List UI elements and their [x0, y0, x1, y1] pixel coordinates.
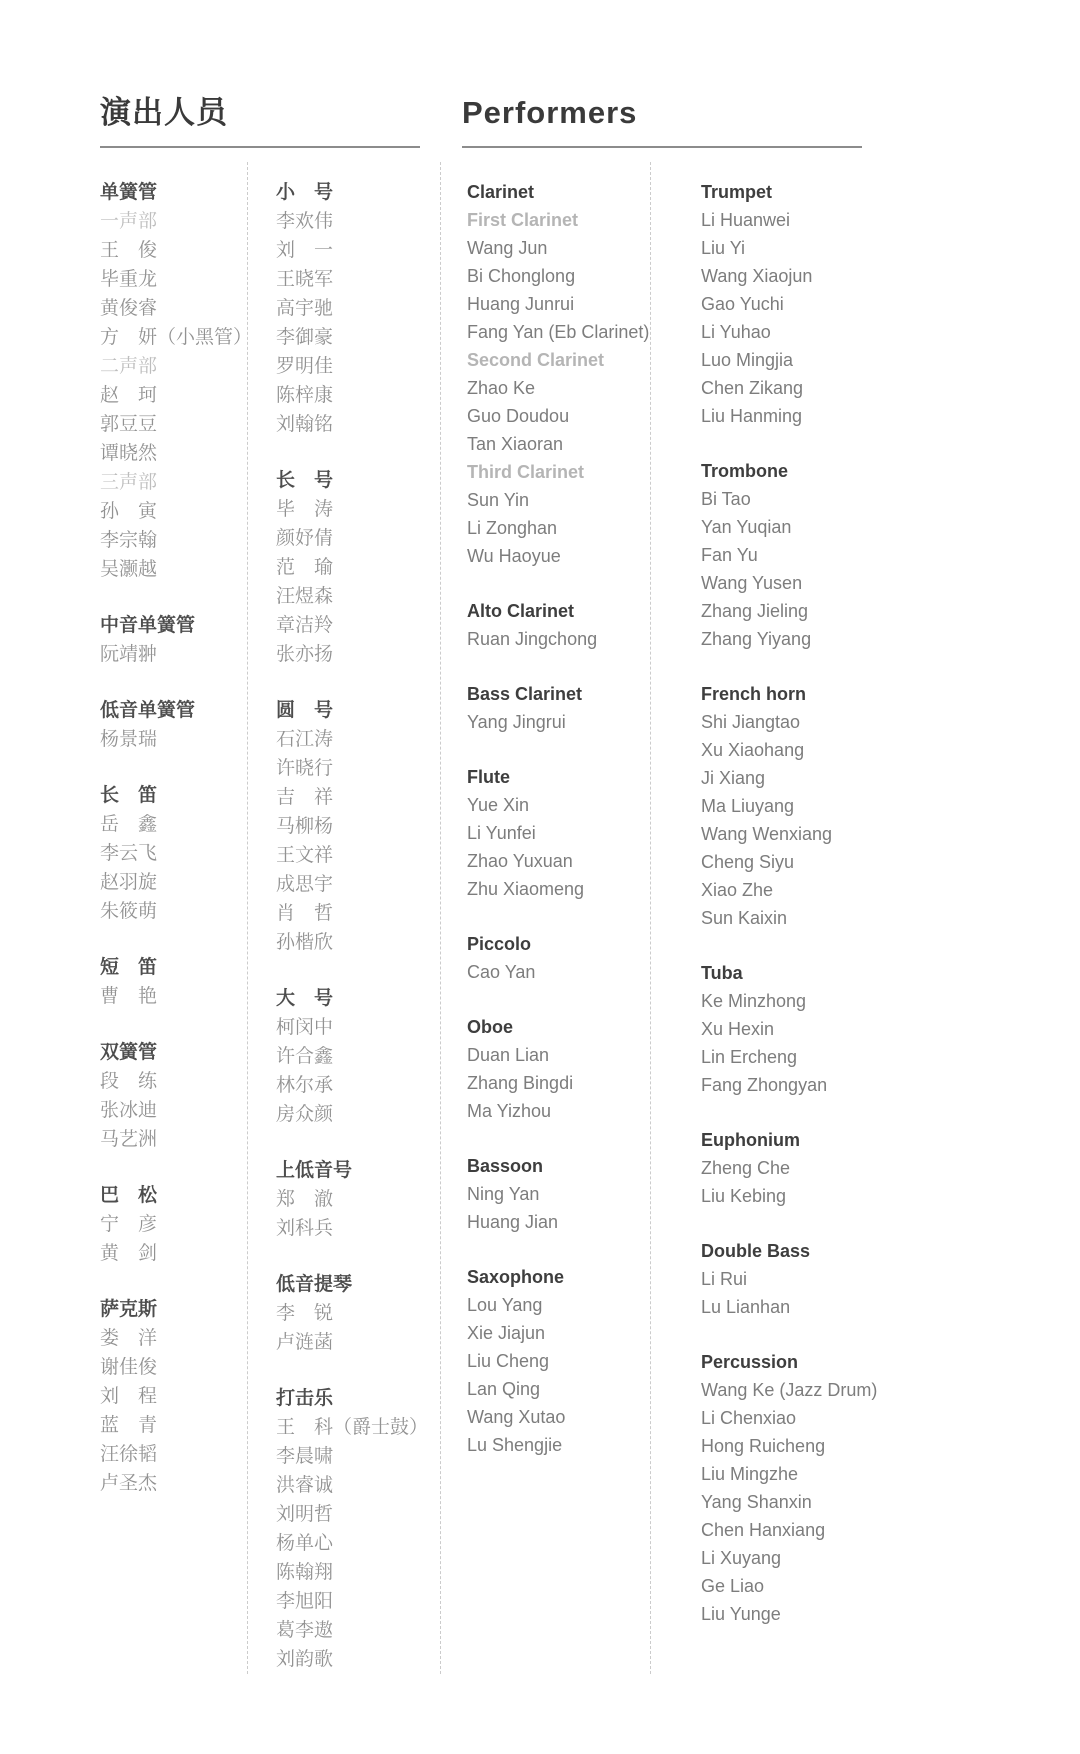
performer-name: 房众颜 — [276, 1100, 440, 1129]
performer-name: 谢佳俊 — [100, 1353, 247, 1382]
instrument-header: 长 号 — [276, 466, 440, 495]
performer-name: Xu Xiaohang — [701, 736, 982, 764]
performer-name: 宁 彦 — [100, 1210, 247, 1239]
instrument-header: Piccolo — [467, 930, 650, 958]
instrument-header: 巴 松 — [100, 1181, 247, 1210]
instrument-section: 长 笛岳 鑫李云飞赵羽旋朱筱萌 — [100, 781, 247, 926]
performer-name: 张亦扬 — [276, 640, 440, 669]
performer-name: Zhu Xiaomeng — [467, 875, 650, 903]
performer-name: Zhao Ke — [467, 374, 650, 402]
instrument-section: 巴 松宁 彦黄 剑 — [100, 1181, 247, 1268]
performer-name: Sun Yin — [467, 486, 650, 514]
performer-name: Bi Tao — [701, 485, 982, 513]
performer-name: Yang Jingrui — [467, 708, 650, 736]
instrument-section: 大 号柯闵中许合鑫林尔承房众颜 — [276, 984, 440, 1129]
instrument-header: 打击乐 — [276, 1384, 440, 1413]
instrument-section: TubaKe MinzhongXu HexinLin ErchengFang Z… — [701, 959, 982, 1099]
performer-name: 赵羽旋 — [100, 868, 247, 897]
program-page: 演出人员 Performers 单簧管一声部王 俊毕重龙黄俊睿方 妍（小黑管）二… — [0, 0, 1080, 1754]
performer-name: 曹 艳 — [100, 982, 247, 1011]
performer-name: 肖 哲 — [276, 899, 440, 928]
performer-name: 刘 一 — [276, 236, 440, 265]
instrument-section: 短 笛曹 艳 — [100, 953, 247, 1011]
instrument-header: Percussion — [701, 1348, 982, 1376]
performer-name: 罗明佳 — [276, 352, 440, 381]
performer-name: Zhang Jieling — [701, 597, 982, 625]
instrument-header: Trumpet — [701, 178, 982, 206]
performer-name: 孙楷欣 — [276, 928, 440, 957]
performer-name: 岳 鑫 — [100, 810, 247, 839]
performer-name: Lou Yang — [467, 1291, 650, 1319]
instrument-header: Bassoon — [467, 1152, 650, 1180]
performer-name: 陈梓康 — [276, 381, 440, 410]
performer-name: 马柳杨 — [276, 812, 440, 841]
instrument-header: Flute — [467, 763, 650, 791]
instrument-section: Alto ClarinetRuan Jingchong — [467, 597, 650, 653]
performer-name: Ji Xiang — [701, 764, 982, 792]
instrument-section: 打击乐王 科（爵士鼓）李晨啸洪睿诚刘明哲杨单心陈翰翔李旭阳葛李遨刘韵歌 — [276, 1384, 440, 1674]
performer-name: 赵 珂 — [100, 381, 247, 410]
performer-name: 王 科（爵士鼓） — [276, 1413, 440, 1442]
performer-name: Shi Jiangtao — [701, 708, 982, 736]
performer-name: Lu Lianhan — [701, 1293, 982, 1321]
performer-name: Luo Mingjia — [701, 346, 982, 374]
performer-name: Ruan Jingchong — [467, 625, 650, 653]
performer-name: Xiao Zhe — [701, 876, 982, 904]
performer-name: 范 瑜 — [276, 553, 440, 582]
instrument-header: 长 笛 — [100, 781, 247, 810]
instrument-section: OboeDuan LianZhang BingdiMa Yizhou — [467, 1013, 650, 1125]
performer-name: Duan Lian — [467, 1041, 650, 1069]
performer-name: Li Huanwei — [701, 206, 982, 234]
instrument-section: 长 号毕 涛颜妤倩范 瑜汪煜森章洁羚张亦扬 — [276, 466, 440, 669]
instrument-header: French horn — [701, 680, 982, 708]
performer-name: 高宇驰 — [276, 294, 440, 323]
performer-name: 石江涛 — [276, 725, 440, 754]
instrument-section: 中音单簧管阮靖翀 — [100, 611, 247, 669]
performer-name: Wang Yusen — [701, 569, 982, 597]
performer-name: Li Zonghan — [467, 514, 650, 542]
part-label: Third Clarinet — [467, 458, 650, 486]
instrument-section: PercussionWang Ke (Jazz Drum)Li Chenxiao… — [701, 1348, 982, 1628]
performer-name: Fan Yu — [701, 541, 982, 569]
instrument-header: 双簧管 — [100, 1038, 247, 1067]
instrument-header: Alto Clarinet — [467, 597, 650, 625]
performer-name: 汪徐韬 — [100, 1440, 247, 1469]
performer-name: Liu Kebing — [701, 1182, 982, 1210]
performer-name: 李宗翰 — [100, 526, 247, 555]
instrument-section: Bass ClarinetYang Jingrui — [467, 680, 650, 736]
performer-name: 葛李遨 — [276, 1616, 440, 1645]
performer-name: Yue Xin — [467, 791, 650, 819]
performer-name: 杨景瑞 — [100, 725, 247, 754]
performer-name: 黄俊睿 — [100, 294, 247, 323]
performer-name: 李晨啸 — [276, 1442, 440, 1471]
instrument-section: French hornShi JiangtaoXu XiaohangJi Xia… — [701, 680, 982, 932]
performer-name: 刘翰铭 — [276, 410, 440, 439]
performer-name: Xie Jiajun — [467, 1319, 650, 1347]
performer-name: 汪煜森 — [276, 582, 440, 611]
page-title-english: Performers — [462, 96, 862, 130]
performer-name: Zheng Che — [701, 1154, 982, 1182]
performer-name: Hong Ruicheng — [701, 1432, 982, 1460]
performer-name: 陈翰翔 — [276, 1558, 440, 1587]
performer-name: 刘韵歌 — [276, 1645, 440, 1674]
performer-name: 李 锐 — [276, 1299, 440, 1328]
instrument-section: 小 号李欢伟刘 一王晓军高宇驰李御豪罗明佳陈梓康刘翰铭 — [276, 178, 440, 439]
performer-name: Li Yuhao — [701, 318, 982, 346]
instrument-header: 小 号 — [276, 178, 440, 207]
performer-name: Liu Hanming — [701, 402, 982, 430]
instrument-section: 圆 号石江涛许晓行吉 祥马柳杨王文祥成思宇肖 哲孙楷欣 — [276, 696, 440, 957]
instrument-section: EuphoniumZheng CheLiu Kebing — [701, 1126, 982, 1210]
performer-name: 王 俊 — [100, 236, 247, 265]
performer-name: Ke Minzhong — [701, 987, 982, 1015]
performer-name: 张冰迪 — [100, 1096, 247, 1125]
performer-name: Zhang Bingdi — [467, 1069, 650, 1097]
performer-name: 马艺洲 — [100, 1125, 247, 1154]
performer-columns: 单簧管一声部王 俊毕重龙黄俊睿方 妍（小黑管）二声部赵 珂郭豆豆谭晓然三声部孙 … — [100, 162, 1080, 1674]
performer-name: Huang Jian — [467, 1208, 650, 1236]
performer-name: Yan Yuqian — [701, 513, 982, 541]
performer-name: Liu Mingzhe — [701, 1460, 982, 1488]
instrument-section: 上低音号郑 澈刘科兵 — [276, 1156, 440, 1243]
instrument-header: 低音提琴 — [276, 1270, 440, 1299]
performer-name: Li Chenxiao — [701, 1404, 982, 1432]
performer-name: 蓝 青 — [100, 1411, 247, 1440]
performer-name: 李云飞 — [100, 839, 247, 868]
performer-name: Wang Xutao — [467, 1403, 650, 1431]
instrument-section: Double BassLi RuiLu Lianhan — [701, 1237, 982, 1321]
performer-name: 娄 洋 — [100, 1324, 247, 1353]
instrument-section: 双簧管段 练张冰迪马艺洲 — [100, 1038, 247, 1154]
column-woodwinds-chinese: 单簧管一声部王 俊毕重龙黄俊睿方 妍（小黑管）二声部赵 珂郭豆豆谭晓然三声部孙 … — [100, 162, 247, 1674]
performer-name: Sun Kaixin — [701, 904, 982, 932]
performer-name: 章洁羚 — [276, 611, 440, 640]
instrument-header: 中音单簧管 — [100, 611, 247, 640]
performer-name: 谭晓然 — [100, 439, 247, 468]
performer-name: 柯闵中 — [276, 1013, 440, 1042]
performer-name: Ning Yan — [467, 1180, 650, 1208]
performer-name: 许晓行 — [276, 754, 440, 783]
performer-name: 刘科兵 — [276, 1214, 440, 1243]
performer-name: Ma Yizhou — [467, 1097, 650, 1125]
performer-name: 郭豆豆 — [100, 410, 247, 439]
instrument-header: 大 号 — [276, 984, 440, 1013]
part-label: First Clarinet — [467, 206, 650, 234]
instrument-section: ClarinetFirst ClarinetWang JunBi Chonglo… — [467, 178, 650, 570]
performer-name: Huang Junrui — [467, 290, 650, 318]
column-brass-percussion-english: TrumpetLi HuanweiLiu YiWang XiaojunGao Y… — [650, 162, 982, 1674]
performer-name: Gao Yuchi — [701, 290, 982, 318]
instrument-section: SaxophoneLou YangXie JiajunLiu ChengLan … — [467, 1263, 650, 1459]
performer-name: 刘明哲 — [276, 1500, 440, 1529]
instrument-header: Clarinet — [467, 178, 650, 206]
page-header: 演出人员 Performers — [100, 96, 1080, 148]
instrument-section: TromboneBi TaoYan YuqianFan YuWang Yusen… — [701, 457, 982, 653]
instrument-header: Euphonium — [701, 1126, 982, 1154]
performer-name: Zhao Yuxuan — [467, 847, 650, 875]
column-woodwinds-english: ClarinetFirst ClarinetWang JunBi Chonglo… — [440, 162, 650, 1674]
instrument-header: Saxophone — [467, 1263, 650, 1291]
performer-name: 王文祥 — [276, 841, 440, 870]
performer-name: Guo Doudou — [467, 402, 650, 430]
page-title-chinese: 演出人员 — [100, 96, 420, 130]
performer-name: Lu Shengjie — [467, 1431, 650, 1459]
performer-name: 李御豪 — [276, 323, 440, 352]
performer-name: 方 妍（小黑管） — [100, 323, 247, 352]
instrument-header: 单簧管 — [100, 178, 247, 207]
instrument-section: PiccoloCao Yan — [467, 930, 650, 986]
title-block-english: Performers — [462, 96, 862, 148]
performer-name: 李旭阳 — [276, 1587, 440, 1616]
part-label: Second Clarinet — [467, 346, 650, 374]
performer-name: 卢涟菡 — [276, 1328, 440, 1357]
performer-name: 黄 剑 — [100, 1239, 247, 1268]
performer-name: 许合鑫 — [276, 1042, 440, 1071]
performer-name: Ge Liao — [701, 1572, 982, 1600]
instrument-section: 低音提琴李 锐卢涟菡 — [276, 1270, 440, 1357]
performer-name: 杨单心 — [276, 1529, 440, 1558]
performer-name: 吉 祥 — [276, 783, 440, 812]
performer-name: 卢圣杰 — [100, 1469, 247, 1498]
performer-name: Li Rui — [701, 1265, 982, 1293]
performer-name: 王晓军 — [276, 265, 440, 294]
performer-name: Chen Hanxiang — [701, 1516, 982, 1544]
performer-name: Chen Zikang — [701, 374, 982, 402]
performer-name: 段 练 — [100, 1067, 247, 1096]
performer-name: 林尔承 — [276, 1071, 440, 1100]
performer-name: 洪睿诚 — [276, 1471, 440, 1500]
performer-name: Fang Yan (Eb Clarinet) — [467, 318, 650, 346]
title-block-chinese: 演出人员 — [100, 96, 420, 148]
instrument-section: 萨克斯娄 洋谢佳俊刘 程蓝 青汪徐韬卢圣杰 — [100, 1295, 247, 1498]
performer-name: Tan Xiaoran — [467, 430, 650, 458]
instrument-section: BassoonNing YanHuang Jian — [467, 1152, 650, 1236]
performer-name: 吴灏越 — [100, 555, 247, 584]
performer-name: Wang Ke (Jazz Drum) — [701, 1376, 982, 1404]
performer-name: 阮靖翀 — [100, 640, 247, 669]
instrument-header: Double Bass — [701, 1237, 982, 1265]
part-label: 二声部 — [100, 352, 247, 381]
column-brass-percussion-chinese: 小 号李欢伟刘 一王晓军高宇驰李御豪罗明佳陈梓康刘翰铭长 号毕 涛颜妤倩范 瑜汪… — [247, 162, 440, 1674]
instrument-header: Tuba — [701, 959, 982, 987]
instrument-header: 低音单簧管 — [100, 696, 247, 725]
performer-name: Xu Hexin — [701, 1015, 982, 1043]
performer-name: Lan Qing — [467, 1375, 650, 1403]
performer-name: Cheng Siyu — [701, 848, 982, 876]
performer-name: 郑 澈 — [276, 1185, 440, 1214]
instrument-section: TrumpetLi HuanweiLiu YiWang XiaojunGao Y… — [701, 178, 982, 430]
performer-name: Wang Wenxiang — [701, 820, 982, 848]
instrument-section: 单簧管一声部王 俊毕重龙黄俊睿方 妍（小黑管）二声部赵 珂郭豆豆谭晓然三声部孙 … — [100, 178, 247, 584]
performer-name: Li Xuyang — [701, 1544, 982, 1572]
performer-name: Liu Yi — [701, 234, 982, 262]
performer-name: 毕 涛 — [276, 495, 440, 524]
performer-name: Wu Haoyue — [467, 542, 650, 570]
performer-name: 孙 寅 — [100, 497, 247, 526]
instrument-header: Bass Clarinet — [467, 680, 650, 708]
instrument-section: 低音单簧管杨景瑞 — [100, 696, 247, 754]
performer-name: Fang Zhongyan — [701, 1071, 982, 1099]
performer-name: 李欢伟 — [276, 207, 440, 236]
instrument-header: 圆 号 — [276, 696, 440, 725]
performer-name: Yang Shanxin — [701, 1488, 982, 1516]
performer-name: Wang Xiaojun — [701, 262, 982, 290]
instrument-header: 短 笛 — [100, 953, 247, 982]
performer-name: Ma Liuyang — [701, 792, 982, 820]
part-label: 一声部 — [100, 207, 247, 236]
performer-name: 朱筱萌 — [100, 897, 247, 926]
performer-name: 颜妤倩 — [276, 524, 440, 553]
performer-name: Lin Ercheng — [701, 1043, 982, 1071]
performer-name: 毕重龙 — [100, 265, 247, 294]
part-label: 三声部 — [100, 468, 247, 497]
performer-name: Li Yunfei — [467, 819, 650, 847]
instrument-header: Oboe — [467, 1013, 650, 1041]
performer-name: Wang Jun — [467, 234, 650, 262]
performer-name: 刘 程 — [100, 1382, 247, 1411]
performer-name: Liu Cheng — [467, 1347, 650, 1375]
instrument-header: 萨克斯 — [100, 1295, 247, 1324]
performer-name: Bi Chonglong — [467, 262, 650, 290]
performer-name: Zhang Yiyang — [701, 625, 982, 653]
performer-name: Cao Yan — [467, 958, 650, 986]
instrument-header: 上低音号 — [276, 1156, 440, 1185]
performer-name: 成思宇 — [276, 870, 440, 899]
performer-name: Liu Yunge — [701, 1600, 982, 1628]
instrument-header: Trombone — [701, 457, 982, 485]
instrument-section: FluteYue XinLi YunfeiZhao YuxuanZhu Xiao… — [467, 763, 650, 903]
